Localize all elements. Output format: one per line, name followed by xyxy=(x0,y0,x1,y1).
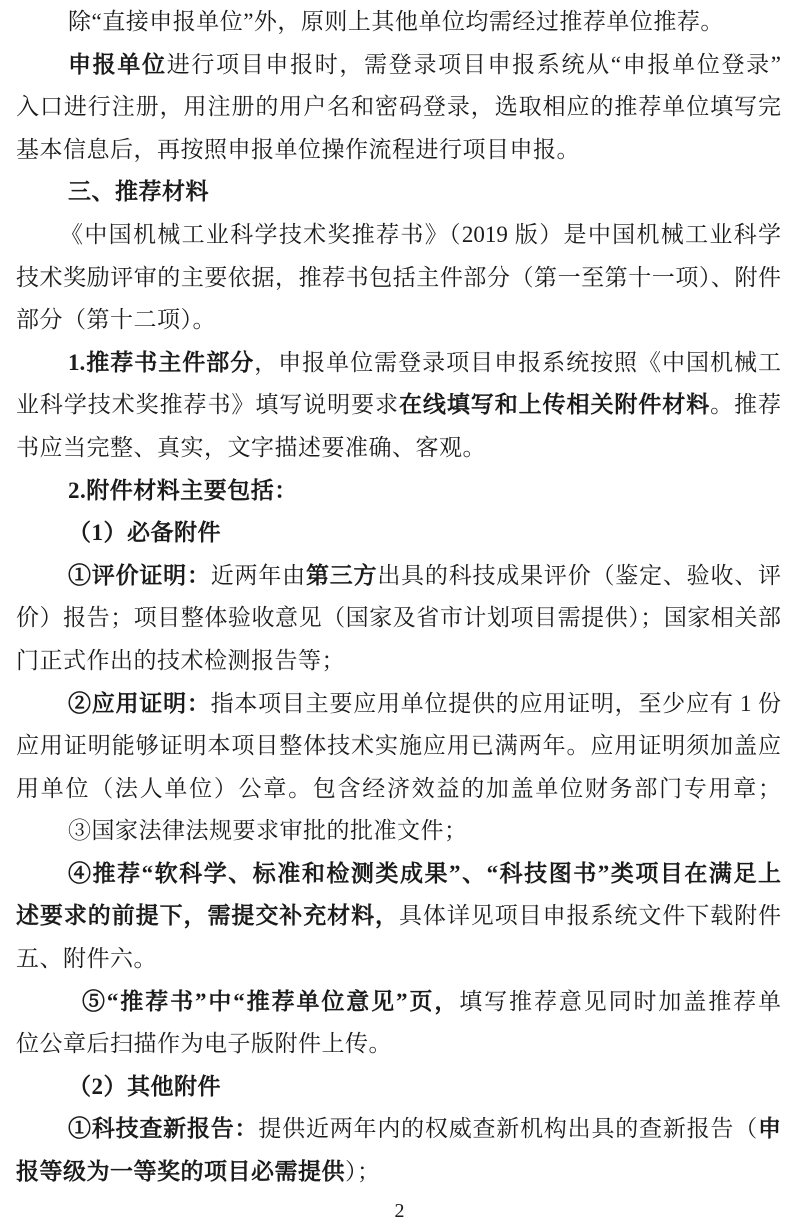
text-segment-bold: 2.附件材料主要包括： xyxy=(68,478,298,503)
text-segment-bold: 述要求的前提下，需提交补充材料， xyxy=(16,903,399,928)
text-line: 门正式作出的技术检测报告等； xyxy=(16,640,781,683)
text-segment: 进行项目申报时，需登录项目申报系统从“申报单位登录” xyxy=(167,52,781,77)
text-segment-bold: 第三方 xyxy=(306,563,377,588)
text-line: ①评价证明：近两年由第三方出具的科技成果评价（鉴定、验收、评 xyxy=(16,555,781,598)
text-segment: 具体详见项目申报系统文件下载附件 xyxy=(399,903,781,928)
text-segment: 《中国机械工业科学技术奖推荐书》（2019 版）是中国机械工业科学 xyxy=(60,222,781,247)
text-segment: 价）报告；项目整体验收意见（国家及省市计划项目需提供）；国家相关部 xyxy=(16,605,781,630)
text-segment: 应用证明能够证明本项目整体技术实施应用已满两年。应用证明须加盖应 xyxy=(16,733,781,758)
text-segment-bold: ①评价证明： xyxy=(68,563,211,588)
text-segment-bold: （1）必备附件 xyxy=(68,520,221,545)
text-line: 技术奖励评审的主要依据，推荐书包括主件部分（第一至第十一项）、附件 xyxy=(16,257,781,300)
text-segment: 指本项目主要应用单位提供的应用证明，至少应有 1 份 xyxy=(211,691,781,716)
text-line: ④推荐“软科学、标准和检测类成果”、“科技图书”类项目在满足上 xyxy=(16,853,781,896)
text-segment: 技术奖励评审的主要依据，推荐书包括主件部分（第一至第十一项）、附件 xyxy=(16,265,781,290)
text-line: 述要求的前提下，需提交补充材料，具体详见项目申报系统文件下载附件 xyxy=(16,895,781,938)
text-segment: 出具的科技成果评价（鉴定、验收、评 xyxy=(377,563,781,588)
text-segment: 入口进行注册，用注册的用户名和密码登录，选取相应的推荐单位填写完 xyxy=(16,94,781,119)
text-line: 用单位（法人单位）公章。包含经济效益的加盖单位财务部门专用章； xyxy=(16,768,781,811)
text-segment: 书应当完整、真实，文字描述要准确、客观。 xyxy=(16,435,486,460)
text-segment: 五、附件六。 xyxy=(16,946,157,971)
text-segment-bold: 三、推荐材料 xyxy=(68,179,209,204)
text-segment: 基本信息后，再按照申报单位操作流程进行项目申报。 xyxy=(16,137,580,162)
page-number: 2 xyxy=(0,1200,799,1223)
text-line: 应用证明能够证明本项目整体技术实施应用已满两年。应用证明须加盖应 xyxy=(16,725,781,768)
text-line: 五、附件六。 xyxy=(16,938,781,981)
text-line: 基本信息后，再按照申报单位操作流程进行项目申报。 xyxy=(16,129,781,172)
text-line: 业科学技术奖推荐书》填写说明要求在线填写和上传相关附件材料。推荐 xyxy=(16,384,781,427)
text-segment: 近两年由 xyxy=(211,563,306,588)
text-line: ②应用证明：指本项目主要应用单位提供的应用证明，至少应有 1 份 xyxy=(16,683,781,726)
section-heading: （1）必备附件 xyxy=(16,512,781,555)
text-segment-bold: ①科技查新报告： xyxy=(68,1116,258,1141)
section-heading: 2.附件材料主要包括： xyxy=(16,470,781,513)
document-body: 除“直接申报单位”外，原则上其他单位均需经过推荐单位推荐。 申报单位进行项目申报… xyxy=(16,1,781,1194)
text-line: 《中国机械工业科学技术奖推荐书》（2019 版）是中国机械工业科学 xyxy=(16,214,781,257)
text-line: 除“直接申报单位”外，原则上其他单位均需经过推荐单位推荐。 xyxy=(16,1,781,44)
text-segment: 位公章后扫描作为电子版附件上传。 xyxy=(16,1031,392,1056)
text-line: 申报单位进行项目申报时，需登录项目申报系统从“申报单位登录” xyxy=(16,44,781,87)
text-segment: 。推荐 xyxy=(710,392,781,417)
text-segment-bold: ⑤“推荐书”中“推荐单位意见”页， xyxy=(82,989,459,1014)
text-segment-bold: 在线填写和上传相关附件材料 xyxy=(399,392,710,417)
text-segment-bold: 1.推荐书主件部分 xyxy=(68,350,254,375)
text-segment-bold: 申 xyxy=(758,1116,781,1141)
text-line: ⑤“推荐书”中“推荐单位意见”页，填写推荐意见同时加盖推荐单 xyxy=(16,981,781,1024)
section-heading: 三、推荐材料 xyxy=(16,171,781,214)
text-segment: 门正式作出的技术检测报告等； xyxy=(16,648,345,673)
text-segment: 业科学技术奖推荐书》填写说明要求 xyxy=(16,392,399,417)
text-line: 1.推荐书主件部分，申报单位需登录项目申报系统按照《中国机械工 xyxy=(16,342,781,385)
text-segment-bold: ②应用证明： xyxy=(68,691,211,716)
text-line: 部分（第十二项）。 xyxy=(16,299,781,342)
text-line: ①科技查新报告：提供近两年内的权威查新机构出具的查新报告（申 xyxy=(16,1108,781,1151)
text-segment-bold: （2）其他附件 xyxy=(68,1074,221,1099)
text-segment: 用单位（法人单位）公章。包含经济效益的加盖单位财务部门专用章； xyxy=(16,776,781,801)
text-segment: 填写推荐意见同时加盖推荐单 xyxy=(459,989,781,1014)
text-line: 价）报告；项目整体验收意见（国家及省市计划项目需提供）；国家相关部 xyxy=(16,597,781,640)
text-segment-bold: ④推荐“软科学、标准和检测类成果”、“科技图书”类项目在满足上 xyxy=(68,861,781,886)
text-segment: ）； xyxy=(345,1159,381,1184)
text-segment: 部分（第十二项）。 xyxy=(16,307,216,332)
text-line: 入口进行注册，用注册的用户名和密码登录，选取相应的推荐单位填写完 xyxy=(16,86,781,129)
text-segment: ③国家法律法规要求审批的批准文件； xyxy=(68,818,468,843)
document-page: 除“直接申报单位”外，原则上其他单位均需经过推荐单位推荐。 申报单位进行项目申报… xyxy=(0,0,799,1232)
text-line: 报等级为一等奖的项目必需提供）； xyxy=(16,1151,781,1194)
text-segment-bold: 报等级为一等奖的项目必需提供 xyxy=(16,1159,345,1184)
text-line: 书应当完整、真实，文字描述要准确、客观。 xyxy=(16,427,781,470)
text-segment: 提供近两年内的权威查新机构出具的查新报告（ xyxy=(258,1116,758,1141)
text-line: 位公章后扫描作为电子版附件上传。 xyxy=(16,1023,781,1066)
text-segment: 除“直接申报单位”外，原则上其他单位均需经过推荐单位推荐。 xyxy=(68,9,724,34)
section-heading: （2）其他附件 xyxy=(16,1066,781,1109)
text-line: ③国家法律法规要求审批的批准文件； xyxy=(16,810,781,853)
text-segment-bold: 申报单位 xyxy=(68,52,167,77)
text-segment: ，申报单位需登录项目申报系统按照《中国机械工 xyxy=(254,350,781,375)
